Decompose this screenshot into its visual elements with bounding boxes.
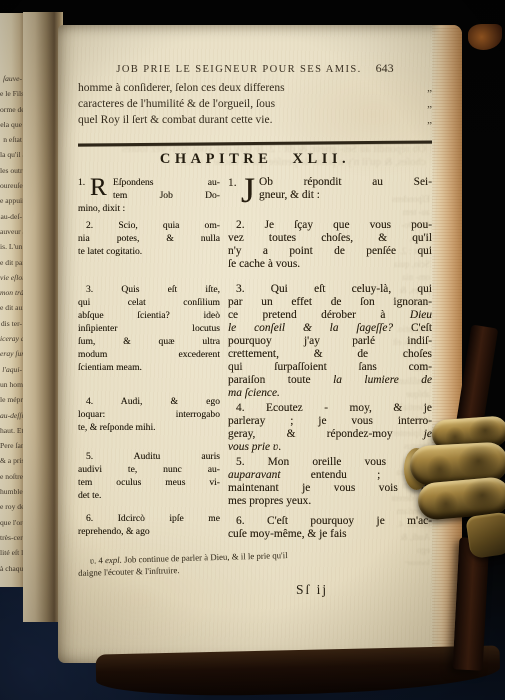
margin-quote-mark: „ <box>427 112 432 128</box>
facing-page-text-fragment: au-deſſus <box>0 408 25 423</box>
facing-page-text-fragment: Pere ſans <box>0 438 25 453</box>
verse-line: ma ſcience. <box>228 387 432 400</box>
verse-number: 1. <box>78 177 85 188</box>
verse-line: 3. Qui eſt celuy-là, qui <box>228 283 432 296</box>
margin-quote-mark: „ <box>427 96 432 112</box>
facing-page-text-fragment: e noſtre <box>0 469 25 484</box>
intro-line: quel Roy il ſert & combat durant cette v… <box>78 112 432 128</box>
verse-line: 4. Audi, & ego <box>78 395 220 408</box>
verse-line: crettement, & de choſes <box>228 348 432 361</box>
facing-page-text-fragment: e dit par <box>0 255 25 270</box>
verse-line: inſipienter locutus <box>78 322 220 335</box>
verse-line: 3. Quis eſt iſte, <box>78 283 220 296</box>
verse: 6. Idcircò ipſe mereprehendo, & ago <box>78 512 220 538</box>
facing-page-text-fragment: les outra- <box>0 163 25 178</box>
verse: 3. Qui eſt celuy-là, quipar un effet de … <box>228 283 432 400</box>
verse-line: 4. Ecoutez - moy, & je <box>228 402 432 415</box>
corner-fitting <box>468 24 502 50</box>
verse: 2. Je ſçay que vous pou-vez toutes choſe… <box>228 219 432 271</box>
text-columns: 1.REſpondens au-tem Job Do-mino, dixit :… <box>78 176 432 541</box>
verse-line: te latet cogitatio. <box>78 245 220 258</box>
verse-line: abſque ſcientia? ideò <box>78 309 220 322</box>
verse: 2. Scio, quia om-nia potes, & nullate la… <box>78 219 220 258</box>
verse: 1.REſpondens au-tem Job Do-mino, dixit : <box>78 176 220 215</box>
verse: 3. Quis eſt iſte,qui celat conſiliumabſq… <box>78 283 220 374</box>
chapter-title: CHAPITRE XLII. <box>78 151 432 168</box>
verse-line: 6. Idcircò ipſe me <box>78 512 220 525</box>
facing-page-text-fragment: très-cer- <box>0 530 25 545</box>
facing-page-text-fragment: que l'or- <box>0 515 25 530</box>
clasp-tongue <box>465 511 505 559</box>
footnote: ʋ. 4 expl. Job continue de parler à Dieu… <box>78 546 433 579</box>
facing-page-text-fragment: la qu'il a <box>0 147 25 162</box>
facing-page-text-fragment: l'aqui- <box>0 362 25 377</box>
facing-page-text-fragment: eray ſur <box>0 346 25 361</box>
verse-line: Ob répondit au Sei- <box>228 176 432 189</box>
facing-page-text-fragment: e appuiſt <box>0 193 25 208</box>
facing-page-text-fragment: n eſtat <box>0 132 25 147</box>
signature-mark: Sſ ij <box>296 582 432 598</box>
facing-page-text-fragment: vie eſloi <box>0 270 25 285</box>
book-photo: ſauve-e le Fils,orme deela quen eſtatla … <box>0 0 505 700</box>
verse-number: 1. <box>228 177 237 189</box>
verse-line: ſe cache à vous. <box>228 258 432 271</box>
verse-line: gneur, & dit : <box>228 189 432 202</box>
verse-line: 5. Auditu auris <box>78 450 220 463</box>
facing-page-text-fragment: un hom- <box>0 377 25 392</box>
verse-line: paraiſon toute la lumiere de <box>228 374 432 387</box>
book-gutter <box>23 12 63 622</box>
facing-page-text-fragment: e roy des <box>0 499 25 514</box>
verse-line: qui ſurpaſſoient ſans com- <box>228 361 432 374</box>
verse-line: det te. <box>78 489 220 502</box>
verse-line: ſum, & quæ ultra <box>78 335 220 348</box>
verse-line: n'y a point de penſée qui <box>228 245 432 258</box>
facing-page-text-fragment: au-deſ- <box>0 209 25 224</box>
facing-page-text-fragment: haut. Et <box>0 423 25 438</box>
facing-page-text-fragment: & a pris <box>0 453 25 468</box>
facing-page-text-fragment: le mépris <box>0 392 25 407</box>
facing-page-text-fragment: oureuſe, <box>0 178 25 193</box>
facing-page-edge: ſauve-e le Fils,orme deela quen eſtatla … <box>0 13 25 587</box>
verse-line: le conſeil & la ſageſſe? C'eſt <box>228 322 432 335</box>
verse-line: 2. Scio, quia om- <box>78 219 220 232</box>
facing-page-text-fragment: is. L'un <box>0 239 25 254</box>
verse-line: ce pretend dérober à Dieu <box>228 309 432 322</box>
facing-page-text-fragment: e dit aux <box>0 300 25 315</box>
verse-line: reprehendo, & ago <box>78 525 220 538</box>
facing-page-text-fragment: ſauve- <box>0 71 25 86</box>
facing-page-text-fragment: lité eſt là <box>0 545 25 560</box>
facing-page-text-fragment: iceray au <box>0 331 25 346</box>
verse-line: te, & reſponde mihi. <box>78 421 220 434</box>
verse-line: audivi te, nunc au- <box>78 463 220 476</box>
facing-page-text-fragment: orme de <box>0 102 25 117</box>
facing-page-text-fragment: auveur a <box>0 224 25 239</box>
verse-line: 2. Je ſçay que vous pou- <box>228 219 432 232</box>
verse: 5. Auditu aurisaudivi te, nunc au-tem oc… <box>78 450 220 502</box>
running-head-title: JOB PRIE LE SEIGNEUR POUR SES AMIS. <box>116 64 361 75</box>
drop-cap: J <box>241 173 255 207</box>
facing-page-text-fragment: à chaque <box>0 561 25 576</box>
drop-cap: R <box>90 175 107 200</box>
verse-line: pourquoy j'ay parlé indiſ- <box>228 335 432 348</box>
facing-page-text-fragment: mon trà- <box>0 285 25 300</box>
facing-page-text-fragment: dis ter- <box>0 316 25 331</box>
book-page: Ob répondit au Sei- gneur, & dit : 2. Je… <box>58 25 462 663</box>
horizontal-rule <box>78 140 432 146</box>
verse-line: par un effet de ſon ignoran- <box>228 296 432 309</box>
verse: 1.JOb répondit au Sei-gneur, & dit : <box>228 176 432 202</box>
verse-line: loquar: interrogabo <box>78 408 220 421</box>
page-number: 643 <box>376 61 394 76</box>
verse-line: mino, dixit : <box>78 202 220 215</box>
intro-line: caracteres de l'humilité & de l'orgueil,… <box>78 96 432 112</box>
verse: 4. Audi, & egoloquar: interrogabote, & r… <box>78 395 220 434</box>
verse-line: vez toutes choſes, & qu'il <box>228 232 432 245</box>
leather-cover-bottom <box>96 645 501 698</box>
running-head: JOB PRIE LE SEIGNEUR POUR SES AMIS. 643 <box>78 61 432 76</box>
verse-line: ſcientiam meam. <box>78 361 220 374</box>
facing-page-text-fragment: e le Fils, <box>0 86 25 101</box>
verse-line: nia potes, & nulla <box>78 232 220 245</box>
verse-line: qui celat conſilium <box>78 296 220 309</box>
latin-column: 1.REſpondens au-tem Job Do-mino, dixit :… <box>78 176 228 541</box>
facing-page-text-fragment: ela que <box>0 117 25 132</box>
facing-page-text-fragment: humbles, <box>0 484 25 499</box>
verse-line: tem oculus meus vi- <box>78 476 220 489</box>
intro-paragraph: homme à conſiderer, ſelon ces deux diffe… <box>78 80 432 128</box>
margin-quote-mark: „ <box>427 80 432 96</box>
intro-line: homme à conſiderer, ſelon ces deux diffe… <box>78 80 432 96</box>
verse-line: modum excederent <box>78 348 220 361</box>
brass-clasp <box>410 416 505 558</box>
